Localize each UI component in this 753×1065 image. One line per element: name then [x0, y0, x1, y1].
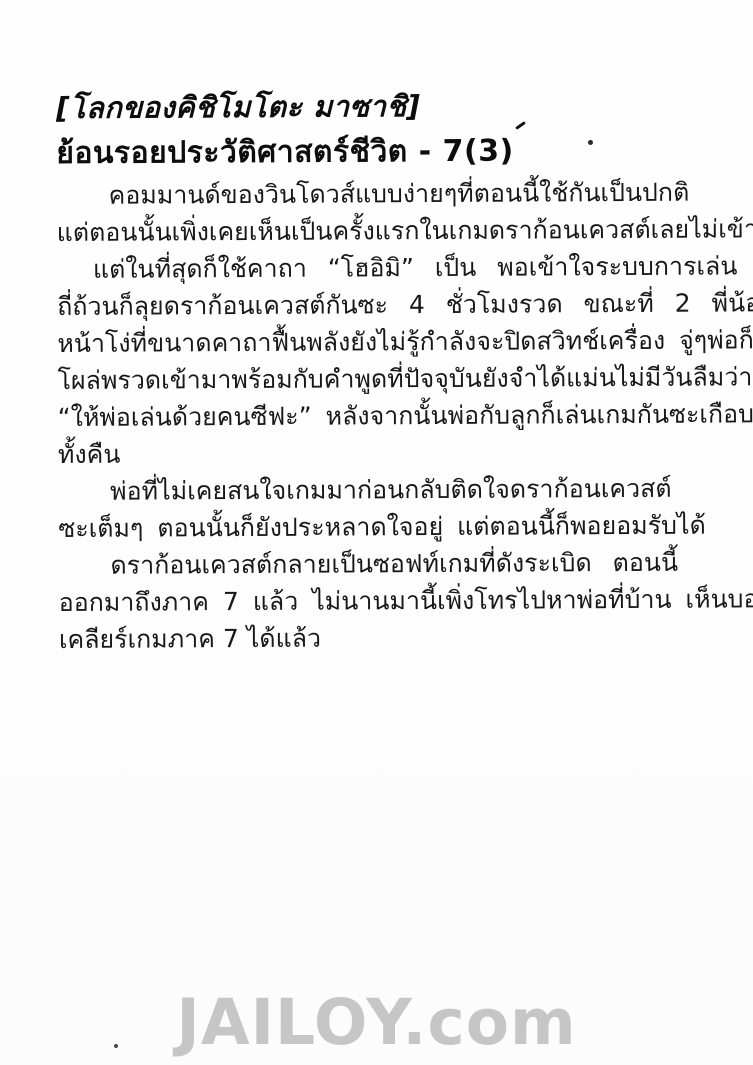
text-line: “ให้พ่อเล่นด้วยคนซีฟะ” หลังจากนั้นพ่อกับ… [58, 396, 703, 436]
text-line: ทั้งคืน [58, 433, 703, 473]
text-line: แต่ตอนนั้นเพิ่งเคยเห็นเป็นครั้งแรกในเกมด… [57, 211, 702, 251]
text-line: คอมมานด์ของวินโดวส์แบบง่ายๆที่ตอนนี้ใช้ก… [56, 174, 701, 214]
text-line: ซะเต็มๆ ตอนนั้นก็ยังประหลาดใจอยู่ แต่ตอน… [58, 507, 703, 547]
text-line: ออกมาถึงภาค 7 แล้ว ไม่นานมานี้เพิ่งโทรไป… [59, 581, 704, 621]
scanned-document-page: [โลกของคิชิโมโตะ มาซาชิ] ย้อนรอยประวัติศ… [0, 0, 753, 1065]
text-line: หน้าโง่ที่ขนาดคาถาฟื้นพลังยังไม่รู้กำลัง… [57, 322, 702, 362]
paragraph: คอมมานด์ของวินโดวส์แบบง่ายๆที่ตอนนี้ใช้ก… [56, 174, 701, 251]
site-watermark: JAILOY.com [0, 986, 753, 1059]
paragraph: ดราก้อนเควสต์กลายเป็นซอฟท์เกมที่ดังระเบิ… [58, 544, 704, 658]
paragraph: พ่อที่ไม่เคยสนใจเกมมาก่อนกลับติดใจดราก้อ… [58, 470, 703, 547]
episode-title: ย้อนรอยประวัติศาสตร์ชีวิต - 7(3) [56, 127, 701, 177]
text-line: ดราก้อนเควสต์กลายเป็นซอฟท์เกมที่ดังระเบิ… [58, 544, 703, 584]
paragraph: แต่ในที่สุดก็ใช้คาถา “โฮอิมิ” เป็น พอเข้… [57, 248, 703, 473]
text-line: โผล่พรวดเข้ามาพร้อมกับคำพูดที่ปัจจุบันยั… [57, 359, 702, 399]
article-content: [โลกของคิชิโมโตะ มาซาชิ] ย้อนรอยประวัติศ… [56, 83, 704, 658]
text-line: แต่ในที่สุดก็ใช้คาถา “โฮอิมิ” เป็น พอเข้… [57, 248, 702, 288]
series-title: [โลกของคิชิโมโตะ มาซาชิ] [56, 83, 701, 130]
scan-speck [588, 140, 593, 145]
text-line: เคลียร์เกมภาค 7 ได้แล้ว [59, 618, 704, 658]
text-line: ถี่ถ้วนก็ลุยดราก้อนเควสต์กันซะ 4 ชั่วโมง… [57, 285, 702, 325]
text-line: พ่อที่ไม่เคยสนใจเกมมาก่อนกลับติดใจดราก้อ… [58, 470, 703, 510]
